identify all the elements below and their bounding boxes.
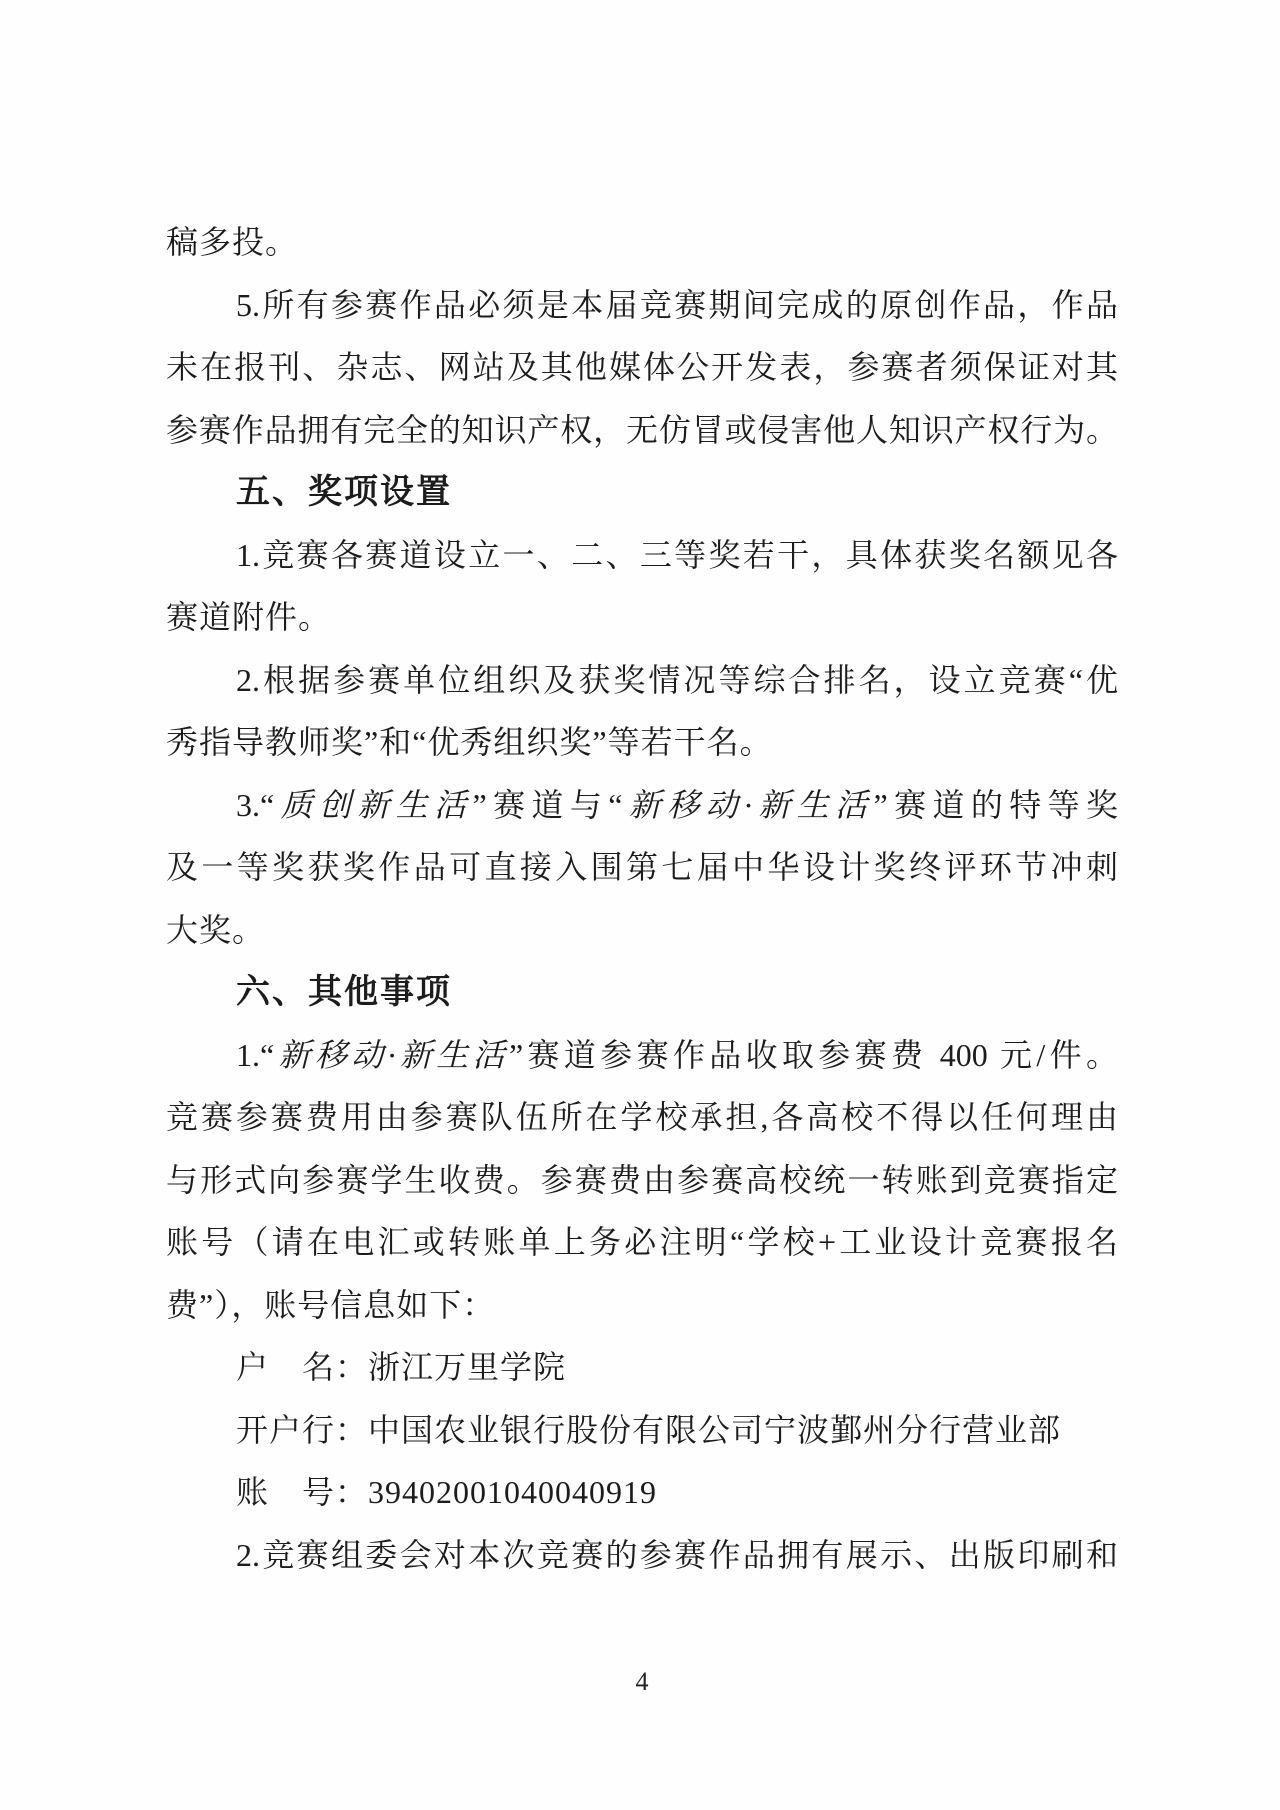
doc-line-paragraph-tail: 稿多投。 [166, 211, 1118, 274]
document-page: 稿多投。 5.所有参赛作品必须是本届竞赛期间完成的原创作品，作品 未在报刊、杂志… [0, 0, 1280, 1810]
doc-line-item5-end: 参赛作品拥有完全的知识产权，无仿冒或侵害他人知识产权行为。 [166, 399, 1118, 462]
text-segment: 1.“ [236, 1037, 274, 1073]
doc-line-other-item1-start: 1.“新移动·新生活”赛道参赛作品收取参赛费 400 元/件。 [166, 1024, 1118, 1087]
doc-line-awards-item3-cont: 及一等奖获奖作品可直接入围第七届中华设计奖终评环节冲刺 [166, 836, 1118, 899]
doc-line-awards-item1-start: 1.竞赛各赛道设立一、二、三等奖若干，具体获奖名额见各 [166, 524, 1118, 587]
line-account-holder: 户 名：浙江万里学院 [166, 1336, 1118, 1399]
doc-line-awards-item2-end: 秀指导教师奖”和“优秀组织奖”等若干名。 [166, 711, 1118, 774]
doc-line-other-item1-cont3: 账号（请在电汇或转账单上务必注明“学校+工业设计竞赛报名 [166, 1211, 1118, 1274]
doc-line-other-item1-cont1: 竞赛参赛费用由参赛队伍所在学校承担,各高校不得以任何理由 [166, 1086, 1118, 1149]
line-account-number: 账 号：39402001040040919 [166, 1461, 1118, 1524]
text-segment: 3.“ [236, 787, 274, 823]
text-segment: ”赛道参赛作品收取参赛费 400 元/件。 [509, 1037, 1118, 1073]
doc-line-awards-item2-start: 2.根据参赛单位组织及获奖情况等综合排名，设立竞赛“优 [166, 649, 1118, 712]
page-number: 4 [166, 1664, 1118, 1700]
doc-line-other-item1-cont2: 与形式向参赛学生收费。参赛费由参赛高校统一转账到竞赛指定 [166, 1149, 1118, 1212]
section-heading-other: 六、其他事项 [166, 961, 1118, 1024]
doc-line-other-item1-end: 费”），账号信息如下： [166, 1274, 1118, 1337]
doc-line-item5-start: 5.所有参赛作品必须是本届竞赛期间完成的原创作品，作品 [166, 274, 1118, 337]
text-segment: ”赛道的特等奖 [873, 787, 1118, 823]
text-segment: ”赛道与“ [473, 787, 623, 823]
doc-line-awards-item3-start: 3.“质创新生活”赛道与“新移动·新生活”赛道的特等奖 [166, 774, 1118, 837]
doc-line-other-item2-start: 2.竞赛组委会对本次竞赛的参赛作品拥有展示、出版印刷和 [166, 1524, 1118, 1587]
section-heading-awards: 五、奖项设置 [166, 461, 1118, 524]
doc-line-item5-cont: 未在报刊、杂志、网站及其他媒体公开发表，参赛者须保证对其 [166, 336, 1118, 399]
track-name-xinyidong: 新移动·新生活 [274, 1037, 509, 1073]
track-name-zhichuang: 质创新生活 [274, 787, 472, 823]
document-body: 稿多投。 5.所有参赛作品必须是本届竞赛期间完成的原创作品，作品 未在报刊、杂志… [166, 211, 1118, 1700]
line-bank-name: 开户行：中国农业银行股份有限公司宁波鄞州分行营业部 [166, 1399, 1118, 1462]
doc-line-awards-item3-end: 大奖。 [166, 899, 1118, 962]
track-name-xinyidong: 新移动·新生活 [622, 787, 873, 823]
doc-line-awards-item1-end: 赛道附件。 [166, 586, 1118, 649]
